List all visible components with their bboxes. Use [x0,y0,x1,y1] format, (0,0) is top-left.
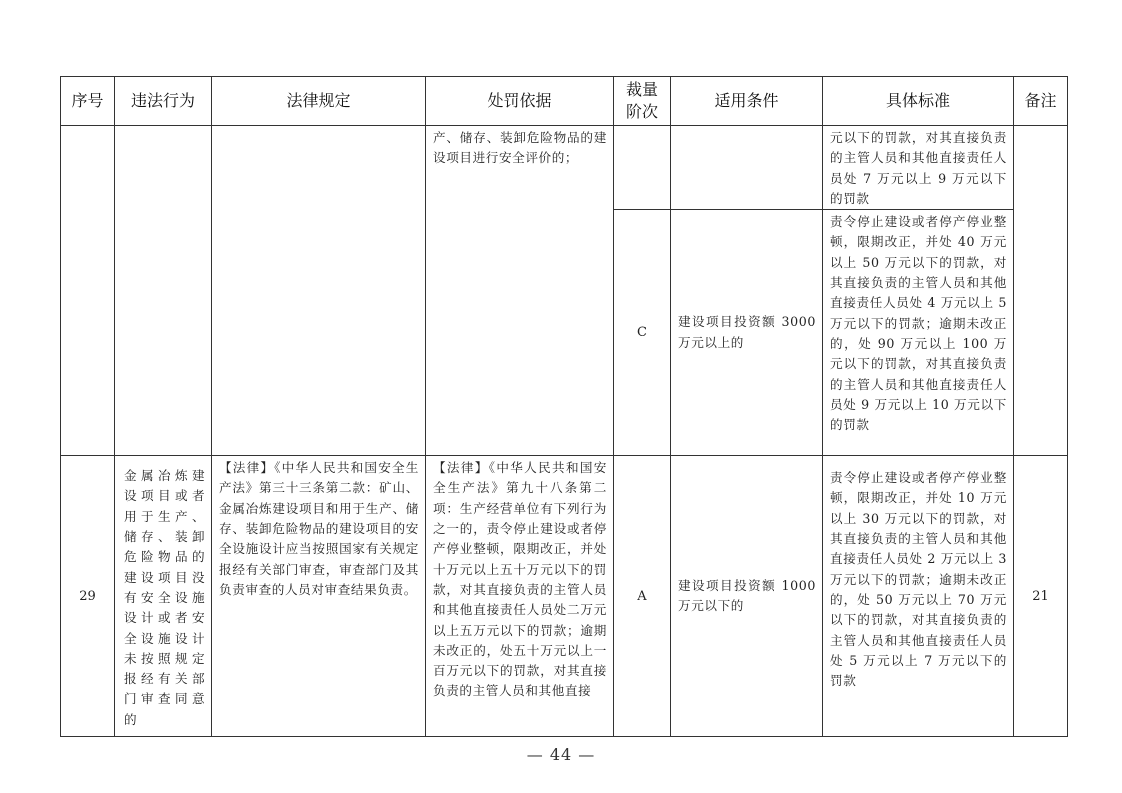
cell-condition-29: 建设项目投资额 1000 万元以下的 [671,456,823,737]
cell-level-29: A [614,456,671,737]
cell-law-continued [212,126,426,456]
penalty-basis-text: 【法律】《中华人民共和国安全生产法》第九十八条第二项：生产经营单位有下列行为之一… [426,456,613,702]
violation-text: 金属冶炼建设项目或者用于生产、储存、装卸危险物品的建设项目没有安全设施设计或者安… [115,456,211,730]
header-seq: 序号 [61,77,115,126]
header-level: 裁量 阶次 [614,77,671,126]
cell-level-c: C [614,210,671,456]
cell-law-29: 【法律】《中华人民共和国安全生产法》第三十三条第二款：矿山、金属冶炼建设项目和用… [212,456,426,737]
penalty-basis-text: 产、储存、装卸危险物品的建设项目进行安全评价的； [426,126,613,169]
condition-text: 建设项目投资额 1000 万元以下的 [671,576,822,617]
condition-text: 建设项目投资额 3000 万元以上的 [671,312,822,353]
table-row-29: 29 金属冶炼建设项目或者用于生产、储存、装卸危险物品的建设项目没有安全设施设计… [61,456,1068,737]
cell-seq-continued [61,126,115,456]
header-violation: 违法行为 [115,77,212,126]
cell-penalty-basis-continued: 产、储存、装卸危险物品的建设项目进行安全评价的； [426,126,614,456]
header-standard: 具体标准 [823,77,1014,126]
law-text: 【法律】《中华人民共和国安全生产法》第三十三条第二款：矿山、金属冶炼建设项目和用… [212,456,425,600]
header-row: 序号 违法行为 法律规定 处罚依据 裁量 阶次 适用条件 具体标准 备注 [61,77,1068,126]
cell-remark-continued [1014,126,1068,456]
cell-remark-29: 21 [1014,456,1068,737]
table-row-continued-b: 产、储存、装卸危险物品的建设项目进行安全评价的； 元以下的罚款，对其直接负责的主… [61,126,1068,210]
standard-text: 元以下的罚款，对其直接负责的主管人员和其他直接责任人员处 7 万元以上 9 万元… [823,126,1013,209]
document-page: 序号 违法行为 法律规定 处罚依据 裁量 阶次 适用条件 具体标准 备注 [0,0,1122,793]
cell-penalty-basis-29: 【法律】《中华人民共和国安全生产法》第九十八条第二项：生产经营单位有下列行为之一… [426,456,614,737]
cell-violation-29: 金属冶炼建设项目或者用于生产、储存、装卸危险物品的建设项目没有安全设施设计或者安… [115,456,212,737]
header-level-line1: 裁量 [614,79,670,101]
standard-text: 责令停止建设或者停产停业整顿，限期改正，并处 10 万元以上 30 万元以下的罚… [823,456,1013,691]
page-number: — 44 — [0,745,1122,764]
cell-level [614,126,671,210]
header-remark: 备注 [1014,77,1068,126]
cell-violation-continued [115,126,212,456]
cell-seq-29: 29 [61,456,115,737]
standard-text: 责令停止建设或者停产停业整顿，限期改正，并处 40 万元以上 50 万元以下的罚… [823,210,1013,435]
cell-standard-c: 责令停止建设或者停产停业整顿，限期改正，并处 40 万元以上 50 万元以下的罚… [823,210,1014,456]
cell-standard: 元以下的罚款，对其直接负责的主管人员和其他直接责任人员处 7 万元以上 9 万元… [823,126,1014,210]
penalty-discretion-table: 序号 违法行为 法律规定 处罚依据 裁量 阶次 适用条件 具体标准 备注 [60,76,1068,737]
cell-condition-c: 建设项目投资额 3000 万元以上的 [671,210,823,456]
header-condition: 适用条件 [671,77,823,126]
header-level-line2: 阶次 [614,101,670,123]
header-penalty-basis: 处罚依据 [426,77,614,126]
header-law: 法律规定 [212,77,426,126]
cell-condition [671,126,823,210]
cell-standard-29: 责令停止建设或者停产停业整顿，限期改正，并处 10 万元以上 30 万元以下的罚… [823,456,1014,737]
